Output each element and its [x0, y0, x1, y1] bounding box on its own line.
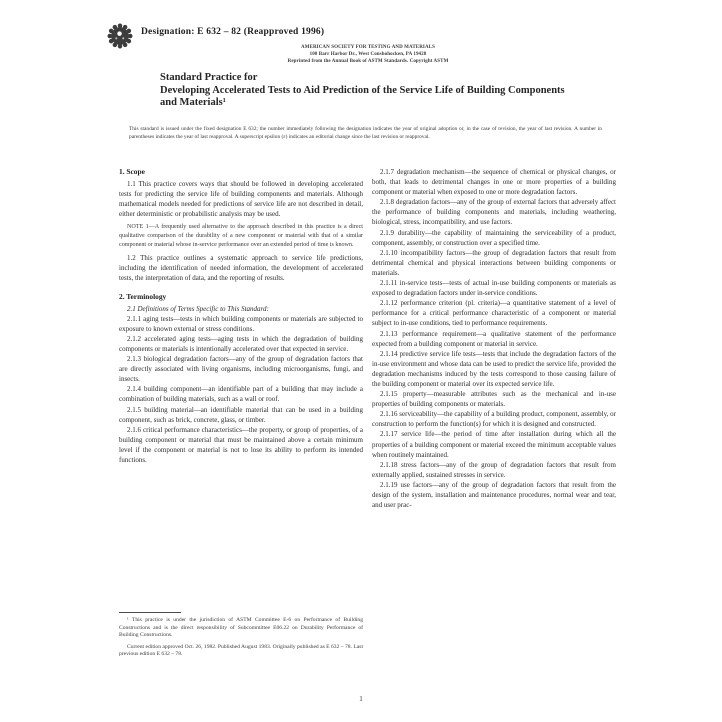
designation-line: Designation: E 632 – 82 (Reapproved 1996…	[141, 27, 324, 37]
definition-accelerated-aging-tests: 2.1.2 accelerated aging tests—aging test…	[119, 334, 363, 354]
scanned-content: Designation: E 632 – 82 (Reapproved 1996…	[0, 0, 722, 722]
society-reprint-note: Reprinted from the Annual Book of ASTM S…	[150, 58, 586, 65]
definition-property: 2.1.15 property—measurable attributes su…	[372, 389, 616, 409]
footnote-2: Current edition approved Oct. 26, 1982. …	[119, 644, 363, 659]
definition-in-service-tests: 2.1.11 in-service tests—tests of actual …	[372, 278, 616, 298]
definition-service-life: 2.1.17 service life—the period of time a…	[372, 429, 616, 459]
definition-aging-tests: 2.1.1 aging tests—tests in which buildin…	[119, 314, 363, 334]
footnote-block: ¹ This practice is under the jurisdictio…	[119, 604, 363, 659]
page-number: 1	[0, 694, 722, 703]
definition-building-component: 2.1.4 building component—an identifiable…	[119, 384, 363, 404]
astm-gear-logo-icon	[106, 22, 134, 50]
note-1: NOTE 1—A frequently used alternative to …	[119, 223, 363, 249]
definition-incompatibility-factors: 2.1.10 incompatibility factors—the group…	[372, 248, 616, 278]
definition-critical-performance-characteristics: 2.1.6 critical performance characteristi…	[119, 425, 363, 465]
terminology-intro: 2.1 Definitions of Terms Specific to Thi…	[119, 304, 363, 314]
definition-predictive-service-life-tests: 2.1.14 predictive service life tests—tes…	[372, 349, 616, 389]
title-main: Developing Accelerated Tests to Aid Pred…	[160, 85, 580, 110]
definition-performance-requirement: 2.1.13 performance requirement—a qualita…	[372, 329, 616, 349]
standard-boilerplate: This standard is issued under the fixed …	[129, 126, 602, 141]
definition-durability: 2.1.9 durability—the capability of maint…	[372, 228, 616, 248]
definition-serviceability: 2.1.16 serviceability—the capability of …	[372, 409, 616, 429]
society-name: AMERICAN SOCIETY FOR TESTING AND MATERIA…	[150, 44, 586, 51]
footnote-1: ¹ This practice is under the jurisdictio…	[119, 617, 363, 640]
society-address: 100 Barr Harbor Dr., West Conshohocken, …	[150, 51, 586, 58]
title-kicker: Standard Practice for	[160, 72, 580, 85]
definition-biological-degradation-factors: 2.1.3 biological degradation factors—any…	[119, 354, 363, 384]
definition-performance-criterion: 2.1.12 performance criterion (pl. criter…	[372, 298, 616, 328]
definition-building-material: 2.1.5 building material—an identifiable …	[119, 405, 363, 425]
definition-use-factors: 2.1.19 use factors—any of the group of d…	[372, 480, 616, 510]
definition-degradation-factors: 2.1.8 degradation factors—any of the gro…	[372, 197, 616, 227]
left-column: 1. Scope 1.1 This practice covers ways t…	[119, 167, 363, 659]
definition-degradation-mechanism: 2.1.7 degradation mechanism—the sequence…	[372, 167, 616, 197]
footnote-divider	[119, 612, 181, 613]
society-address-block: AMERICAN SOCIETY FOR TESTING AND MATERIA…	[150, 44, 586, 65]
section-scope-heading: 1. Scope	[119, 167, 363, 177]
right-column: 2.1.7 degradation mechanism—the sequence…	[372, 167, 616, 659]
definition-stress-factors: 2.1.18 stress factors—any of the group o…	[372, 460, 616, 480]
two-column-body: 1. Scope 1.1 This practice covers ways t…	[119, 167, 617, 659]
paragraph-1-1: 1.1 This practice covers ways that shoul…	[119, 179, 363, 219]
paragraph-1-2: 1.2 This practice outlines a systematic …	[119, 253, 363, 283]
document-title: Standard Practice for Developing Acceler…	[160, 72, 580, 110]
document-page: Designation: E 632 – 82 (Reapproved 1996…	[0, 0, 722, 722]
section-terminology-heading: 2. Terminology	[119, 292, 363, 302]
